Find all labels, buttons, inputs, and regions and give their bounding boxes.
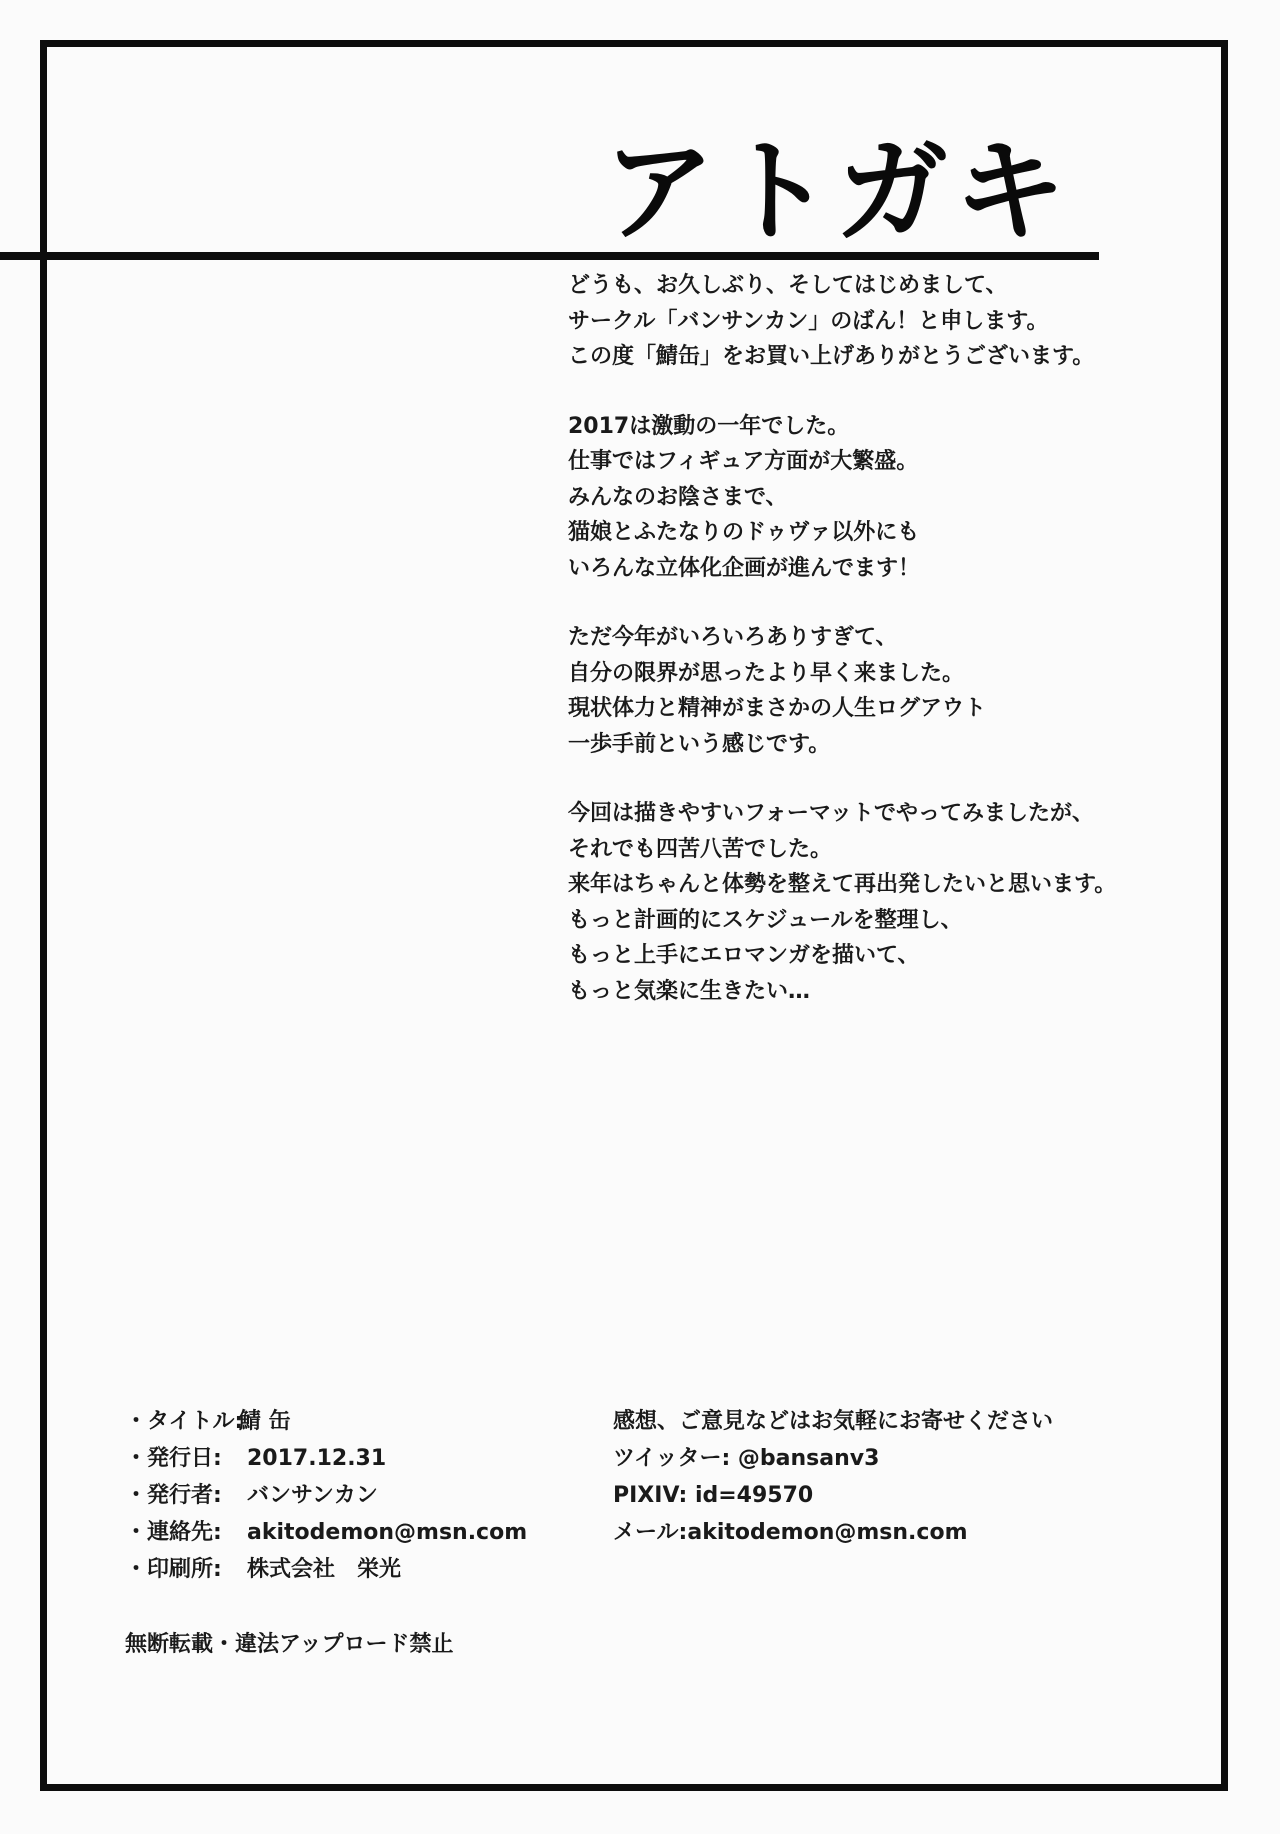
colophon-row-contact: ・連絡先: akitodemon@msn.com xyxy=(125,1514,585,1551)
text-line: 自分の限界が思ったより早く来ました。 xyxy=(568,656,1208,692)
email-address: メール:akitodemon@msn.com xyxy=(613,1514,1173,1551)
text-line: 一歩手前という感じです。 xyxy=(568,727,1208,763)
colophon-value: バンサンカン xyxy=(247,1477,378,1514)
paragraph-next-year: 今回は描きやすいフォーマットでやってみましたが、 それでも四苦八苦でした。 来年… xyxy=(568,796,1208,1009)
twitter-handle: ツイッター: @bansanv3 xyxy=(613,1440,1173,1477)
text-line: 現状体力と精神がまさかの人生ログアウト xyxy=(568,691,1208,727)
colophon-value: 鯖 缶 xyxy=(239,1403,291,1440)
afterword-body: どうも、お久しぶり、そしてはじめまして、 サークル「バンサンカン」のばん！と申し… xyxy=(568,268,1208,1043)
text-line: サークル「バンサンカン」のばん！と申します。 xyxy=(568,304,1208,340)
colophon-row-title: ・タイトル: 鯖 缶 xyxy=(125,1403,585,1440)
text-line: ただ今年がいろいろありすぎて、 xyxy=(568,620,1208,656)
colophon-value: 2017.12.31 xyxy=(247,1440,386,1477)
text-line: 仕事ではフィギュア方面が大繁盛。 xyxy=(568,444,1208,480)
pixiv-id: PIXIV: id=49570 xyxy=(613,1477,1173,1514)
text-line: 来年はちゃんと体勢を整えて再出発したいと思います。 xyxy=(568,867,1208,903)
colophon-label: ・印刷所: xyxy=(125,1551,247,1588)
colophon-value: 株式会社 栄光 xyxy=(247,1551,401,1588)
text-line: 2017は激動の一年でした。 xyxy=(568,409,1208,445)
text-line: もっと計画的にスケジュールを整理し、 xyxy=(568,903,1208,939)
paragraph-greeting: どうも、お久しぶり、そしてはじめまして、 サークル「バンサンカン」のばん！と申し… xyxy=(568,268,1208,375)
text-line: この度「鯖缶」をお買い上げありがとうございます。 xyxy=(568,339,1208,375)
text-line: それでも四苦八苦でした。 xyxy=(568,832,1208,868)
colophon-label: ・発行日: xyxy=(125,1440,247,1477)
colophon-label: ・タイトル: xyxy=(125,1403,239,1440)
paragraph-limits: ただ今年がいろいろありすぎて、 自分の限界が思ったより早く来ました。 現状体力と… xyxy=(568,620,1208,762)
paragraph-year-review: 2017は激動の一年でした。 仕事ではフィギュア方面が大繁盛。 みんなのお陰さま… xyxy=(568,409,1208,587)
text-line: いろんな立体化企画が進んでます！ xyxy=(568,551,1208,587)
colophon-row-printer: ・印刷所: 株式会社 栄光 xyxy=(125,1551,585,1588)
colophon-label: ・連絡先: xyxy=(125,1514,247,1551)
text-line: みんなのお陰さまで、 xyxy=(568,480,1208,516)
page-title: アトガキ xyxy=(603,130,1083,254)
colophon-value: akitodemon@msn.com xyxy=(247,1514,527,1551)
colophon: ・タイトル: 鯖 缶 ・発行日: 2017.12.31 ・発行者: バンサンカン… xyxy=(125,1403,585,1588)
text-line: もっと気楽に生きたい… xyxy=(568,974,1208,1010)
text-line: 猫娘とふたなりのドゥヴァ以外にも xyxy=(568,515,1208,551)
feedback-invite: 感想、ご意見などはお気軽にお寄せください xyxy=(613,1403,1173,1440)
colophon-row-date: ・発行日: 2017.12.31 xyxy=(125,1440,585,1477)
contact-info: 感想、ご意見などはお気軽にお寄せください ツイッター: @bansanv3 PI… xyxy=(613,1403,1173,1551)
text-line: もっと上手にエロマンガを描いて、 xyxy=(568,938,1208,974)
text-line: 今回は描きやすいフォーマットでやってみましたが、 xyxy=(568,796,1208,832)
text-line: どうも、お久しぶり、そしてはじめまして、 xyxy=(568,268,1208,304)
colophon-row-publisher: ・発行者: バンサンカン xyxy=(125,1477,585,1514)
colophon-label: ・発行者: xyxy=(125,1477,247,1514)
copyright-notice: 無断転載・違法アップロード禁止 xyxy=(125,1630,453,1660)
